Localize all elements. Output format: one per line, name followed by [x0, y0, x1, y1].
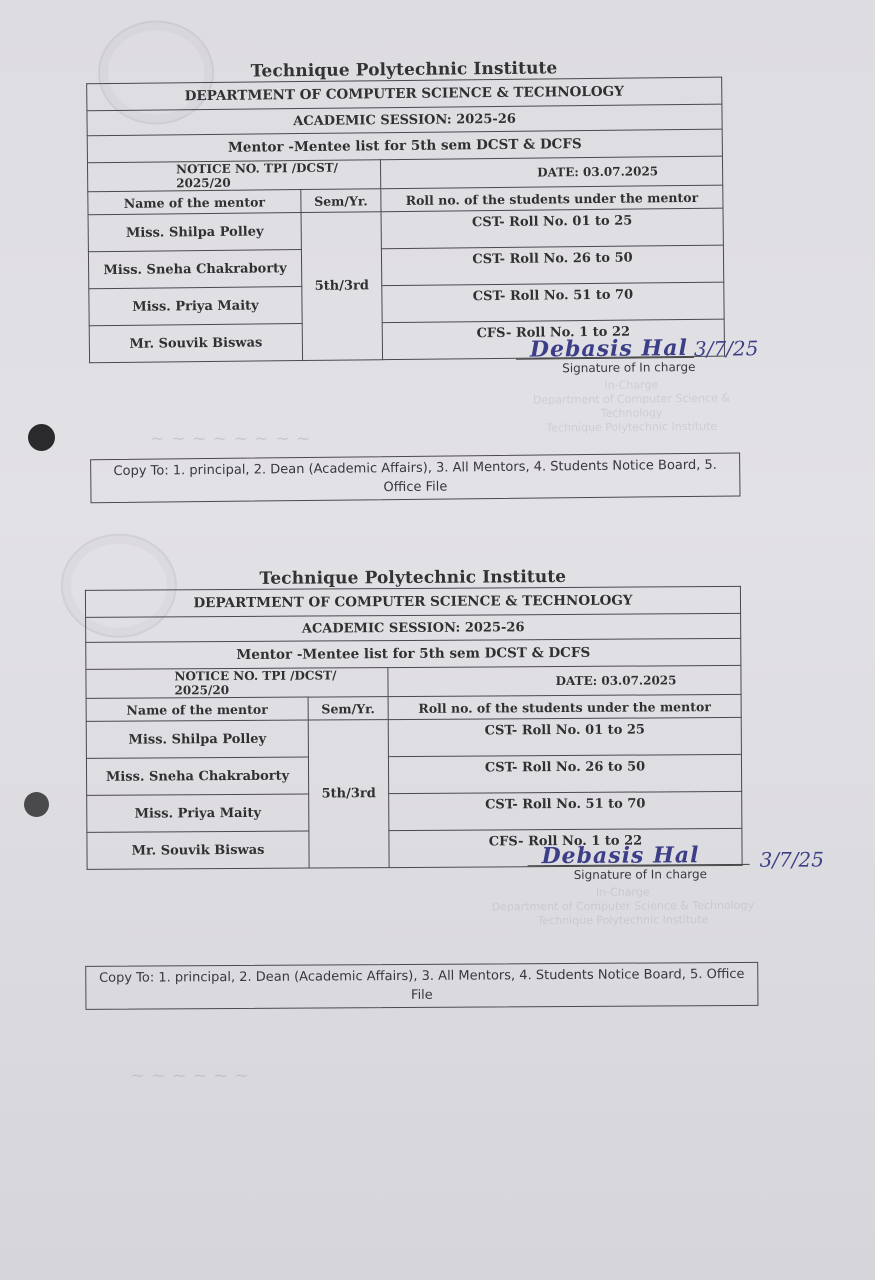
- mentor-mentee-table: DEPARTMENT OF COMPUTER SCIENCE & TECHNOL…: [86, 77, 725, 364]
- roll-range: CST- Roll No. 01 to 25: [381, 208, 723, 249]
- mentor-name: Miss. Priya Maity: [89, 287, 302, 326]
- show-through-text: ~ ~ ~ ~ ~ ~ ~ ~: [150, 428, 311, 449]
- mentor-name: Mr. Souvik Biswas: [89, 324, 302, 363]
- punch-hole: [28, 424, 55, 451]
- roll-range: CST- Roll No. 26 to 50: [381, 245, 723, 286]
- notice-date: DATE: 03.07.2025: [380, 156, 722, 189]
- punch-hole: [24, 792, 49, 817]
- roll-range: CST- Roll No. 51 to 70: [382, 282, 724, 323]
- incharge-stamp: In-Charge Department of Computer Science…: [501, 377, 762, 436]
- notice-copy-1: Technique Polytechnic Institute DEPARTME…: [0, 53, 873, 62]
- column-header-rolls: Roll no. of the students under the mento…: [388, 694, 741, 719]
- incharge-stamp: In-Charge Department of Computer Science…: [488, 885, 758, 929]
- mentor-name: Miss. Sneha Chakraborty: [88, 250, 301, 289]
- mentor-mentee-table: DEPARTMENT OF COMPUTER SCIENCE & TECHNOL…: [85, 586, 743, 870]
- notice-number: NOTICE NO. TPI /DCST/ 2025/20: [86, 668, 388, 699]
- signature-block: Debasis Hal 3/7/25 Signature of In charg…: [516, 334, 762, 436]
- sem-yr-value: 5th/3rd: [308, 720, 389, 868]
- copy-to-box: Copy To: 1. principal, 2. Dean (Academic…: [90, 452, 740, 503]
- roll-range: CST- Roll No. 26 to 50: [388, 754, 741, 793]
- notice-copy-2: Technique Polytechnic Institute DEPARTME…: [0, 563, 874, 568]
- roll-range: CST- Roll No. 51 to 70: [389, 791, 742, 830]
- table-row: Miss. Priya Maity CST- Roll No. 51 to 70: [87, 791, 742, 832]
- mentor-name: Miss. Shilpa Polley: [86, 720, 308, 758]
- show-through-text: ~ ~ ~ ~ ~ ~: [130, 1065, 249, 1086]
- stamp-line: Technique Polytechnic Institute: [502, 419, 762, 436]
- signature-label: Signature of In charge: [528, 867, 758, 882]
- copy-to-box: Copy To: 1. principal, 2. Dean (Academic…: [85, 962, 758, 1010]
- notice-date: DATE: 03.07.2025: [388, 665, 741, 696]
- stamp-line: Technique Polytechnic Institute: [488, 913, 758, 929]
- mentor-name: Miss. Priya Maity: [87, 794, 309, 832]
- column-header-sem: Sem/Yr.: [301, 189, 381, 213]
- signature-block: Debasis Hal 3/7/25 Signature of In charg…: [527, 842, 758, 928]
- roll-range: CST- Roll No. 01 to 25: [388, 717, 741, 756]
- stamp-line: Department of Computer Science & Technol…: [488, 899, 758, 915]
- column-header-sem: Sem/Yr.: [308, 697, 388, 720]
- mentor-name: Mr. Souvik Biswas: [87, 831, 309, 869]
- column-header-mentor: Name of the mentor: [86, 697, 308, 721]
- department-heading: DEPARTMENT OF COMPUTER SCIENCE & TECHNOL…: [85, 586, 740, 617]
- table-row: Miss. Sneha Chakraborty CST- Roll No. 26…: [86, 754, 741, 795]
- stamp-line: Department of Computer Science & Technol…: [501, 391, 761, 422]
- list-title: Mentor -Mentee list for 5th sem DCST & D…: [86, 638, 741, 669]
- handwritten-date: 3/7/25: [760, 847, 825, 871]
- mentor-name: Miss. Sneha Chakraborty: [86, 757, 308, 795]
- mentor-name: Miss. Shilpa Polley: [88, 213, 301, 252]
- notice-number: NOTICE NO. TPI /DCST/ 2025/20: [87, 160, 380, 192]
- sem-yr-value: 5th/3rd: [301, 212, 383, 361]
- column-header-mentor: Name of the mentor: [88, 190, 301, 215]
- handwritten-signature: Debasis Hal: [527, 842, 757, 869]
- handwritten-date: 3/7/25: [694, 336, 759, 361]
- table-row: Miss. Shilpa Polley 5th/3rd CST- Roll No…: [86, 717, 741, 758]
